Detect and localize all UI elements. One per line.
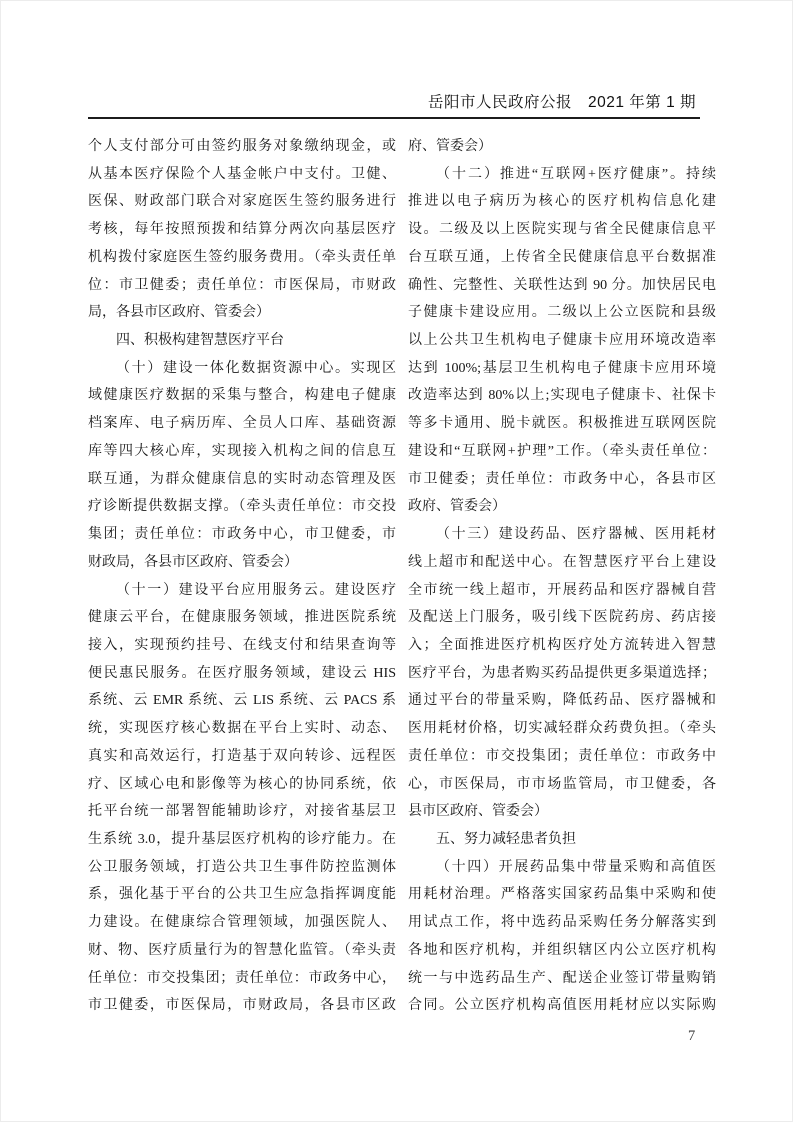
text-line: 统，实现医疗核心数据在平台上实时、动态、: [88, 715, 396, 743]
running-header: 岳阳市人民政府公报 2021 年第 1 期: [88, 93, 696, 113]
text-line: 局，各县市区政府、管委会）: [88, 299, 396, 327]
text-line: 从基本医疗保险个人基金帐户中支付。卫健、: [88, 161, 396, 189]
text-line: 台互联互通，上传省全民健康信息平台数据准: [408, 244, 716, 272]
gazette-title: 岳阳市人民政府公报 2021 年第 1 期: [428, 94, 696, 111]
text-line: 各地和医疗机构，并组织辖区内公立医疗机构: [408, 937, 716, 965]
text-line: 生系统 3.0，提升基层医疗机构的诊疗能力。在: [88, 826, 396, 854]
text-line: 便民惠民服务。在医疗服务领域，建设云 HIS: [88, 660, 396, 688]
text-line: 托平台统一部署智能辅助诊疗，对接省基层卫: [88, 798, 396, 826]
gazette-page: 岳阳市人民政府公报 2021 年第 1 期 个人支付部分可由签约服务对象缴纳现金…: [0, 0, 793, 1122]
text-line: 建设和“互联网+护理”工作。（牵头责任单位：: [408, 438, 716, 466]
text-line: 健康云平台，在健康服务领域，推进医院系统: [88, 604, 396, 632]
page-number: 7: [688, 1028, 695, 1045]
text-line: 及配送上门服务，吸引线下医院药房、药店接: [408, 604, 716, 632]
text-line: 医疗平台，为患者购买药品提供更多渠道选择；: [408, 660, 716, 688]
text-line: 府、管委会）: [408, 133, 716, 161]
text-line: 设。二级及以上医院实现与省全民健康信息平: [408, 216, 716, 244]
text-line: 档案库、电子病历库、全员人口库、基础资源: [88, 410, 396, 438]
text-line: 以上公共卫生机构电子健康卡应用环境改造率: [408, 327, 716, 355]
text-line: 子健康卡建设应用。二级以上公立医院和县级: [408, 299, 716, 327]
text-line: 用耗材治理。严格落实国家药品集中采购和使: [408, 881, 716, 909]
text-line: （十三）建设药品、医疗器械、医用耗材: [408, 521, 716, 549]
text-line: 医用耗材价格，切实减轻群众药费负担。（牵头: [408, 715, 716, 743]
text-line: 市卫健委，市医保局，市财政局，各县市区政: [88, 992, 396, 1020]
text-line: （十）建设一体化数据资源中心。实现区: [88, 355, 396, 383]
text-line: 集团；责任单位：市政务中心，市卫健委，市: [88, 521, 396, 549]
text-line: 等多卡通用、脱卡就医。积极推进互联网医院: [408, 410, 716, 438]
text-line: 全市统一线上超市，开展药品和医疗器械自营: [408, 577, 716, 605]
text-line: 合同。公立医疗机构高值医用耗材应以实际购: [408, 992, 716, 1020]
text-line: 确性、完整性、关联性达到 90 分。加快居民电: [408, 272, 716, 300]
text-columns: 个人支付部分可由签约服务对象缴纳现金，或从基本医疗保险个人基金帐户中支付。卫健、…: [88, 133, 716, 1020]
text-line: 入；全面推进医疗机构医疗处方流转进入智慧: [408, 632, 716, 660]
text-line: 域健康医疗数据的采集与整合，构建电子健康: [88, 382, 396, 410]
left-column: 个人支付部分可由签约服务对象缴纳现金，或从基本医疗保险个人基金帐户中支付。卫健、…: [88, 133, 396, 1020]
section-heading: 四、积极构建智慧医疗平台: [88, 327, 396, 355]
text-line: 位：市卫健委；责任单位：市医保局，市财政: [88, 272, 396, 300]
text-line: 达到 100%;基层卫生机构电子健康卡应用环境: [408, 355, 716, 383]
paragraph: （十一）建设平台应用服务云。建设医疗健康云平台，在健康服务领域，推进医院系统接入…: [88, 577, 396, 1021]
text-line: （十二）推进“互联网+医疗健康”。持续: [408, 161, 716, 189]
text-line: 通过平台的带量采购，降低药品、医疗器械和: [408, 687, 716, 715]
text-line: 个人支付部分可由签约服务对象缴纳现金，或: [88, 133, 396, 161]
right-column: 府、管委会）（十二）推进“互联网+医疗健康”。持续推进以电子病历为核心的医疗机构…: [408, 133, 716, 1020]
text-line: 推进以电子病历为核心的医疗机构信息化建: [408, 188, 716, 216]
text-line: 市卫健委；责任单位：市政务中心，各县市区: [408, 466, 716, 494]
text-line: 改造率达到 80%以上;实现电子健康卡、社保卡: [408, 382, 716, 410]
paragraph: （十四）开展药品集中带量采购和高值医用耗材治理。严格落实国家药品集中采购和使用试…: [408, 854, 716, 1020]
header-rule: [88, 117, 700, 119]
text-line: 责任单位：市交投集团；责任单位：市政务中: [408, 743, 716, 771]
paragraph: 个人支付部分可由签约服务对象缴纳现金，或从基本医疗保险个人基金帐户中支付。卫健、…: [88, 133, 396, 327]
text-line: 统一与中选药品生产、配送企业签订带量购销: [408, 965, 716, 993]
text-line: 库等四大核心库，实现接入机构之间的信息互: [88, 438, 396, 466]
text-line: 财政局，各县市区政府、管委会）: [88, 549, 396, 577]
section-heading: 五、努力减轻患者负担: [408, 826, 716, 854]
text-line: 系，强化基于平台的公共卫生应急指挥调度能: [88, 881, 396, 909]
text-line: 机构拨付家庭医生签约服务费用。（牵头责任单: [88, 244, 396, 272]
text-line: 公卫服务领域，打造公共卫生事件防控监测体: [88, 854, 396, 882]
paragraph: （十三）建设药品、医疗器械、医用耗材线上超市和配送中心。在智慧医疗平台上建设全市…: [408, 521, 716, 826]
text-line: 真实和高效运行，打造基于双向转诊、远程医: [88, 743, 396, 771]
text-line: 系统、云 EMR 系统、云 LIS 系统、云 PACS 系: [88, 687, 396, 715]
text-line: （十四）开展药品集中带量采购和高值医: [408, 854, 716, 882]
text-line: 财、物、医疗质量行为的智慧化监管。（牵头责: [88, 937, 396, 965]
text-line: 疗、区域心电和影像等为核心的协同系统，依: [88, 771, 396, 799]
text-line: 接入，实现预约挂号、在线支付和结果查询等: [88, 632, 396, 660]
text-line: 任单位：市交投集团；责任单位：市政务中心，: [88, 965, 396, 993]
text-line: 政府、管委会）: [408, 493, 716, 521]
paragraph: （十二）推进“互联网+医疗健康”。持续推进以电子病历为核心的医疗机构信息化建设。…: [408, 161, 716, 521]
paragraph: 府、管委会）: [408, 133, 716, 161]
text-line: 疗诊断提供数据支撑。（牵头责任单位：市交投: [88, 493, 396, 521]
text-line: 联互通，为群众健康信息的实时动态管理及医: [88, 466, 396, 494]
paragraph: （十）建设一体化数据资源中心。实现区域健康医疗数据的采集与整合，构建电子健康档案…: [88, 355, 396, 577]
text-line: 县市区政府、管委会）: [408, 798, 716, 826]
text-line: 考核，每年按照预拨和结算分两次向基层医疗: [88, 216, 396, 244]
text-line: 医保、财政部门联合对家庭医生签约服务进行: [88, 188, 396, 216]
text-line: 线上超市和配送中心。在智慧医疗平台上建设: [408, 549, 716, 577]
text-line: 力建设。在健康综合管理领域，加强医院人、: [88, 909, 396, 937]
text-line: 用试点工作，将中选药品采购任务分解落实到: [408, 909, 716, 937]
text-line: （十一）建设平台应用服务云。建设医疗: [88, 577, 396, 605]
text-line: 心，市医保局，市市场监管局，市卫健委，各: [408, 771, 716, 799]
